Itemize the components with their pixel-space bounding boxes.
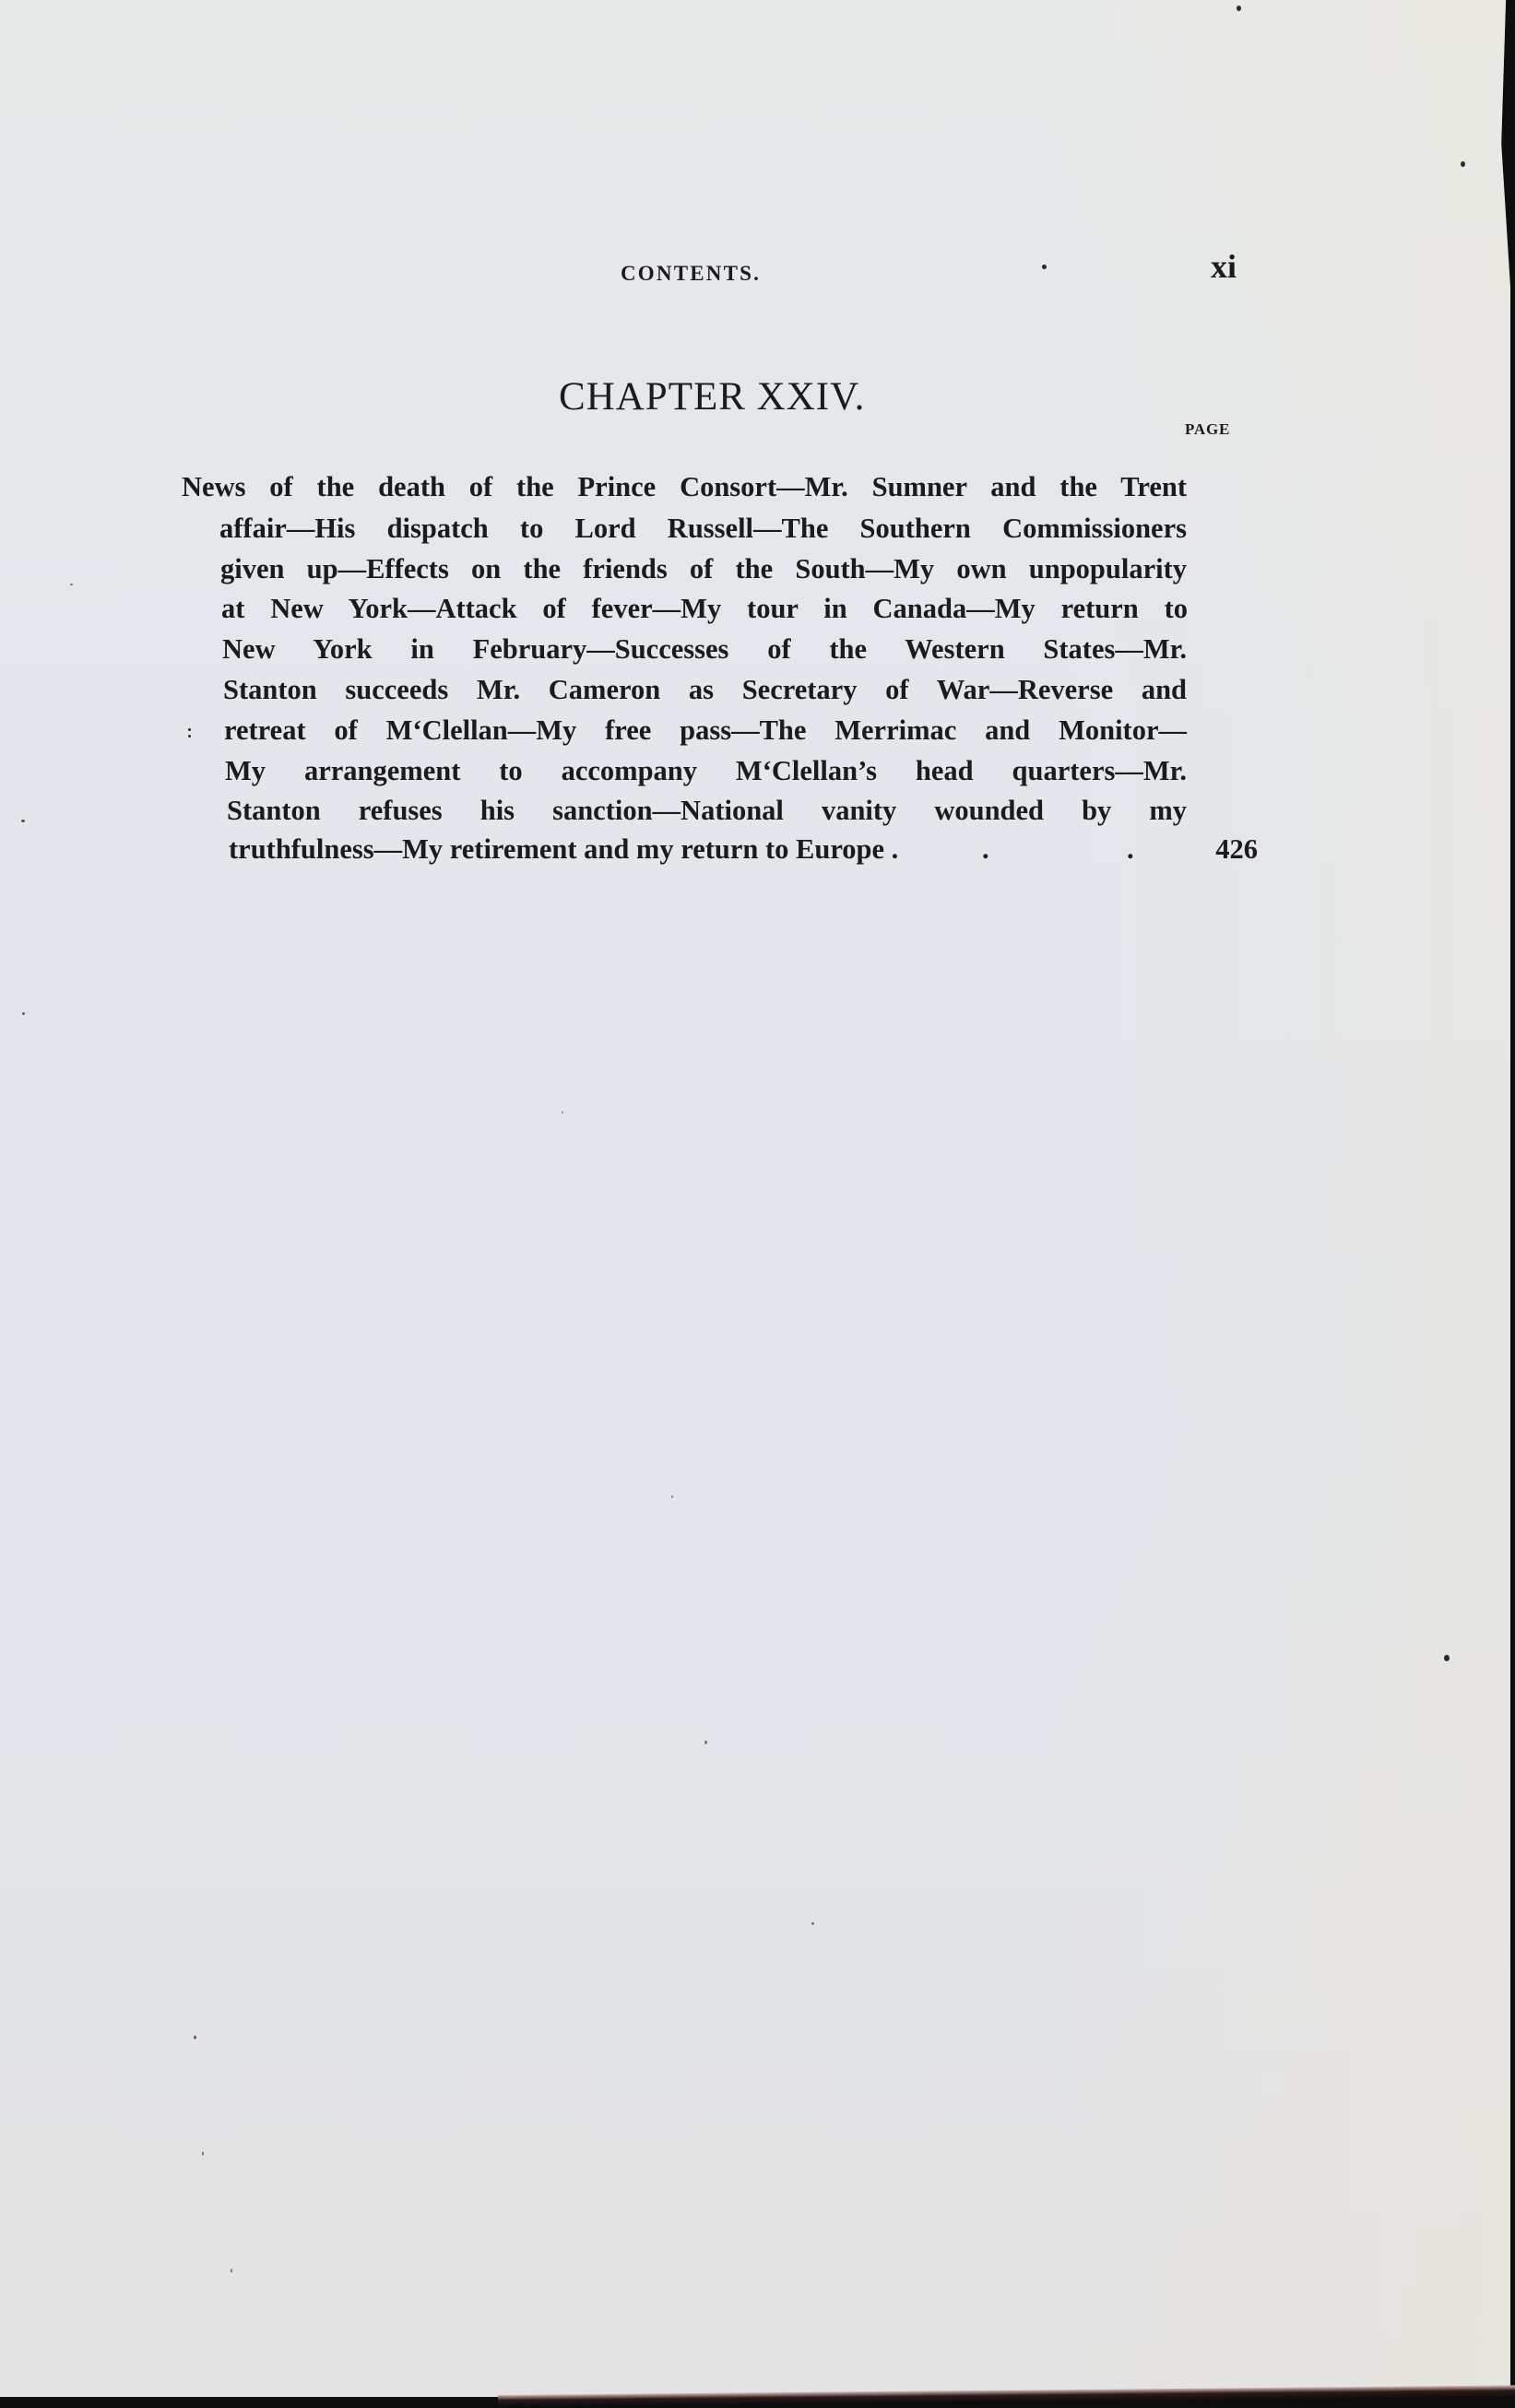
summary-line: retreat of M‘Clellan—My free pass—The Me… [224, 714, 1187, 747]
summary-line: truthfulness—My retirement and my return… [229, 832, 898, 866]
ink-speck [1042, 265, 1047, 269]
summary-line: affair—His dispatch to Lord Russell—The … [219, 512, 1187, 545]
ink-speck [1444, 1655, 1450, 1661]
ink-speck [671, 1495, 673, 1498]
chapter-page-number: 426 [1215, 832, 1258, 866]
margin-mark [188, 735, 191, 738]
ink-speck [704, 1741, 707, 1744]
book-page: CONTENTS. xi CHAPTER XXIV. PAGE News of … [0, 0, 1510, 2397]
summary-line: Stanton succeeds Mr. Cameron as Secretar… [223, 673, 1187, 706]
summary-line: My arrangement to accompany M‘Clellan’s … [225, 754, 1187, 787]
summary-line: Stanton refuses his sanction—National va… [227, 794, 1187, 827]
ink-speck [1461, 161, 1465, 167]
summary-line: New York in February—Successes of the We… [222, 632, 1187, 666]
ink-speck [1237, 6, 1241, 11]
leader-dot: . [982, 832, 989, 866]
leader-dot: . [1127, 832, 1134, 866]
summary-line: at New York—Attack of fever—My tour in C… [221, 592, 1188, 625]
ink-speck [70, 584, 73, 585]
ink-speck [811, 1922, 814, 1925]
dot-leaders: . . [898, 832, 1215, 866]
chapter-title: CHAPTER XXIV. [559, 374, 865, 419]
ink-speck [21, 820, 25, 822]
ink-speck [231, 2269, 232, 2272]
ink-speck [562, 1111, 563, 1114]
margin-mark [188, 728, 191, 731]
summary-line: News of the death of the Prince Consort—… [182, 470, 1187, 503]
ink-speck [194, 2036, 196, 2039]
running-head: CONTENTS. [621, 262, 761, 286]
folio-page-number: xi [1211, 247, 1237, 286]
summary-line: given up—Effects on the friends of the S… [220, 552, 1187, 585]
ink-speck [202, 2152, 204, 2155]
page-column-label: PAGE [1185, 420, 1230, 439]
summary-final-line: truthfulness—My retirement and my return… [229, 832, 1258, 866]
ink-speck [22, 1012, 25, 1015]
